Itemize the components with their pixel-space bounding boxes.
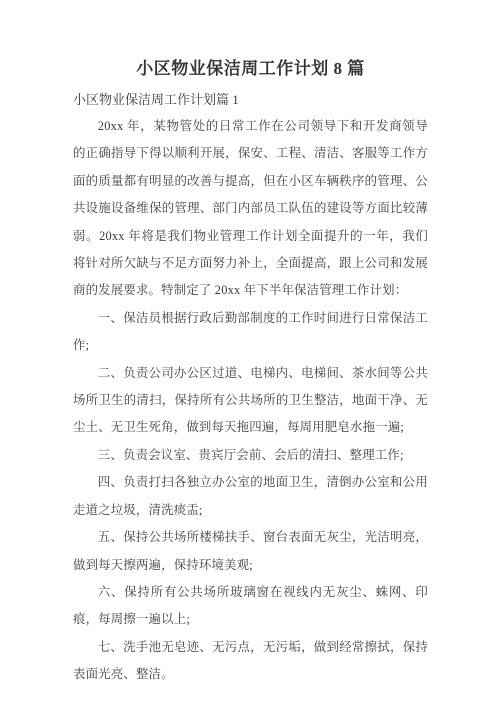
document-page: 小区物业保洁周工作计划 8 篇 小区物业保洁周工作计划篇 1 20xx 年，某物…	[0, 0, 500, 707]
document-body: 20xx 年，某物管处的日常工作在公司领导下和开发商领导的正确指导下得以顺利开展…	[73, 113, 428, 689]
document-title: 小区物业保洁周工作计划 8 篇	[73, 50, 428, 82]
list-item-7: 七、洗手池无皂迹、无污点，无污垢，做到经常擦拭，保持表面光亮、整洁。	[73, 634, 428, 689]
section-heading: 小区物业保洁周工作计划篇 1	[73, 91, 428, 108]
list-item-5: 五、保持公共场所楼梯扶手、窗台表面无灰尘，光洁明亮，做到每天擦两遍，保持环境美观…	[73, 524, 428, 579]
intro-paragraph: 20xx 年，某物管处的日常工作在公司领导下和开发商领导的正确指导下得以顺利开展…	[73, 113, 428, 305]
list-item-3: 三、负责会议室、贵宾厅会前、会后的清扫、整理工作;	[73, 442, 428, 469]
list-item-6: 六、保持所有公共场所玻璃窗在视线内无灰尘、蛛网、印痕，每周擦一遍以上;	[73, 579, 428, 634]
list-item-2: 二、负责公司办公区过道、电梯内、电梯间、茶水间等公共场所卫生的清扫，保持所有公共…	[73, 360, 428, 442]
list-item-4: 四、负责打扫各独立办公室的地面卫生，清倒办公室和公用走道之垃圾，清洗痰盂;	[73, 469, 428, 524]
list-item-1: 一、保洁员根据行政后勤部制度的工作时间进行日常保洁工作;	[73, 305, 428, 360]
